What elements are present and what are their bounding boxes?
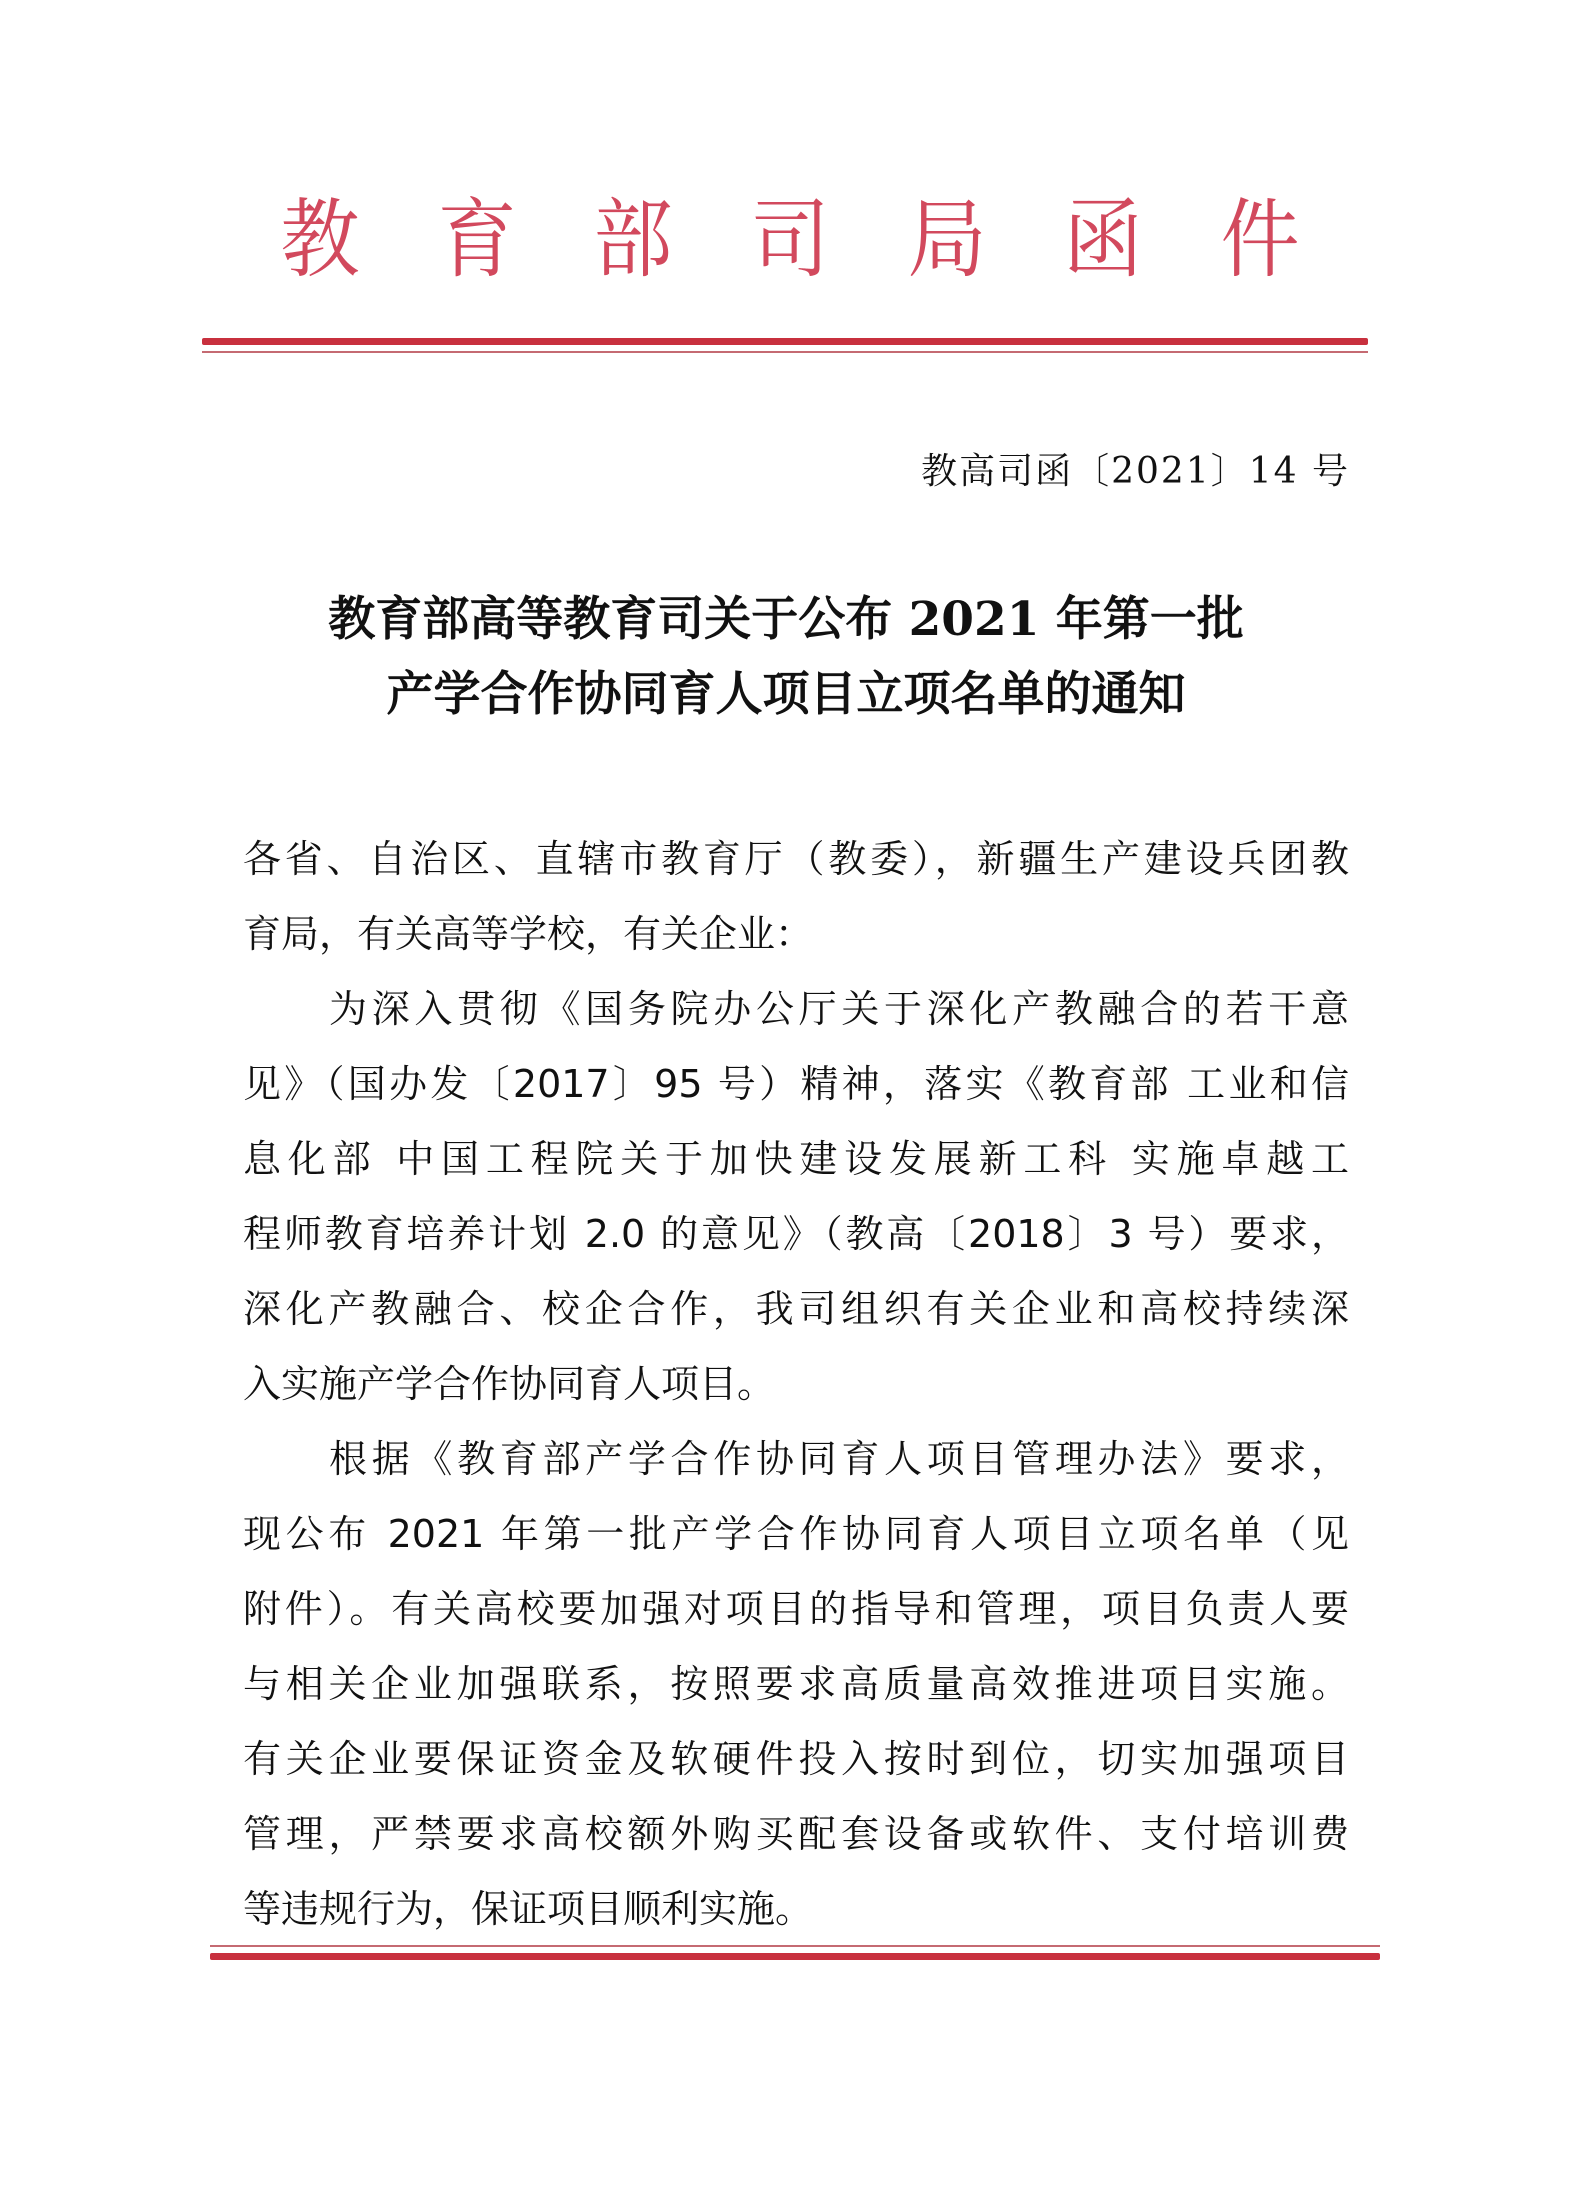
body-line: 各省、自治区、直辖市教育厅（教委），新疆生产建设兵团教 (243, 822, 1349, 897)
letterhead-char: 教 (274, 185, 366, 295)
body-line: 附件）。有关高校要加强对项目的指导和管理，项目负责人要 (243, 1572, 1349, 1647)
letterhead-char: 育 (431, 185, 523, 295)
letterhead-char: 函 (1057, 185, 1149, 295)
body-line: 根据《教育部产学合作协同育人项目管理办法》要求， (243, 1422, 1349, 1497)
document-title-line-2: 产学合作协同育人项目立项名单的通知 (200, 660, 1372, 730)
body-line: 为深入贯彻《国务院办公厅关于深化产教融合的若干意 (243, 972, 1349, 1047)
body-line: 见》（国办发〔2017〕95 号）精神，落实《教育部 工业和信 (243, 1047, 1349, 1122)
body-line: 管理，严禁要求高校额外购买配套设备或软件、支付培训费 (243, 1797, 1349, 1872)
letterhead-char: 局 (901, 185, 993, 295)
footer-rule-thin (210, 1945, 1380, 1947)
document-page: 教 育 部 司 局 函 件 教高司函〔2021〕14 号 教育部高等教育司关于公… (0, 0, 1572, 2188)
letterhead-title: 教 育 部 司 局 函 件 (270, 180, 1310, 300)
body-line: 入实施产学合作协同育人项目。 (243, 1347, 1349, 1422)
body-line: 现公布 2021 年第一批产学合作协同育人项目立项名单（见 (243, 1497, 1349, 1572)
body-line: 深化产教融合、校企合作，我司组织有关企业和高校持续深 (243, 1272, 1349, 1347)
body-line: 与相关企业加强联系，按照要求高质量高效推进项目实施。 (243, 1647, 1349, 1722)
body-line: 息化部 中国工程院关于加快建设发展新工科 实施卓越工 (243, 1122, 1349, 1197)
footer-rule-thick (210, 1953, 1380, 1960)
body-line: 程师教育培养计划 2.0 的意见》（教高〔2018〕3 号）要求， (243, 1197, 1349, 1272)
letterhead-char: 司 (744, 185, 836, 295)
header-rule-thick (202, 338, 1368, 345)
body-line: 育局，有关高等学校，有关企业： (243, 897, 1349, 972)
letterhead-char: 部 (587, 185, 679, 295)
document-title-line-1: 教育部高等教育司关于公布 2021 年第一批 (200, 585, 1372, 655)
document-number: 教高司函〔2021〕14 号 (921, 447, 1350, 497)
document-body: 各省、自治区、直辖市教育厅（教委），新疆生产建设兵团教 育局，有关高等学校，有关… (243, 822, 1349, 1947)
header-rule-thin (202, 351, 1368, 353)
body-line: 有关企业要保证资金及软硬件投入按时到位，切实加强项目 (243, 1722, 1349, 1797)
letterhead-char: 件 (1214, 185, 1306, 295)
body-line: 等违规行为，保证项目顺利实施。 (243, 1872, 1349, 1947)
